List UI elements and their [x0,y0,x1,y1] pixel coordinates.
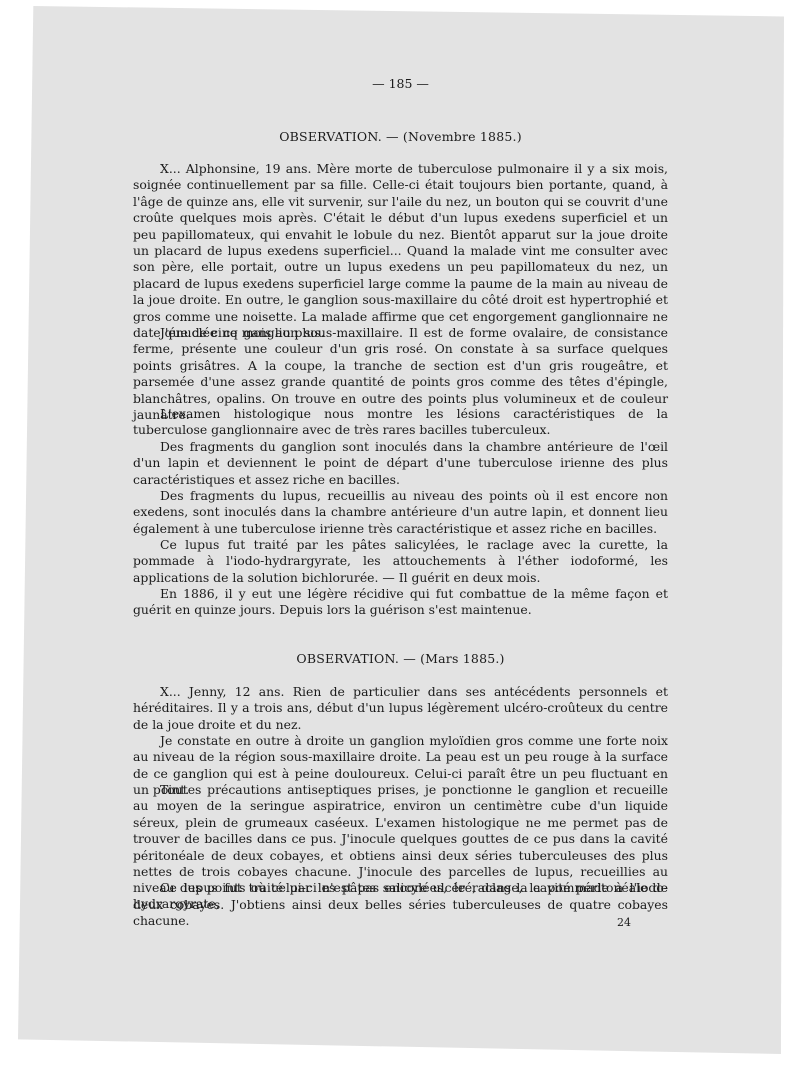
observation-1-title: OBSERVATION. — (Novembre 1885.) [133,129,668,144]
observation-1-paragraph: L'examen histologique nous montre les lé… [133,406,668,439]
observation-1-paragraph: Des fragments du lupus, recueillis au ni… [133,488,668,537]
observation-2-paragraph: Ce lupus fut traité par les pâtes salicy… [133,880,668,913]
observation-2-title: OBSERVATION. — (Mars 1885.) [133,651,668,666]
observation-1-paragraph: Ce lupus fut traité par les pâtes salicy… [133,537,668,586]
observation-2-paragraph: X... Jenny, 12 ans. Rien de particulier … [133,684,668,733]
observation-1-paragraph: Des fragments du ganglion sont inoculés … [133,439,668,488]
observation-1-paragraph: X... Alphonsine, 19 ans. Mère morte de t… [133,161,668,341]
signature-mark: 24 [617,916,631,929]
observation-1-paragraph: En 1886, il y eut une légère récidive qu… [133,586,668,619]
page-number: — 185 — [133,76,668,91]
